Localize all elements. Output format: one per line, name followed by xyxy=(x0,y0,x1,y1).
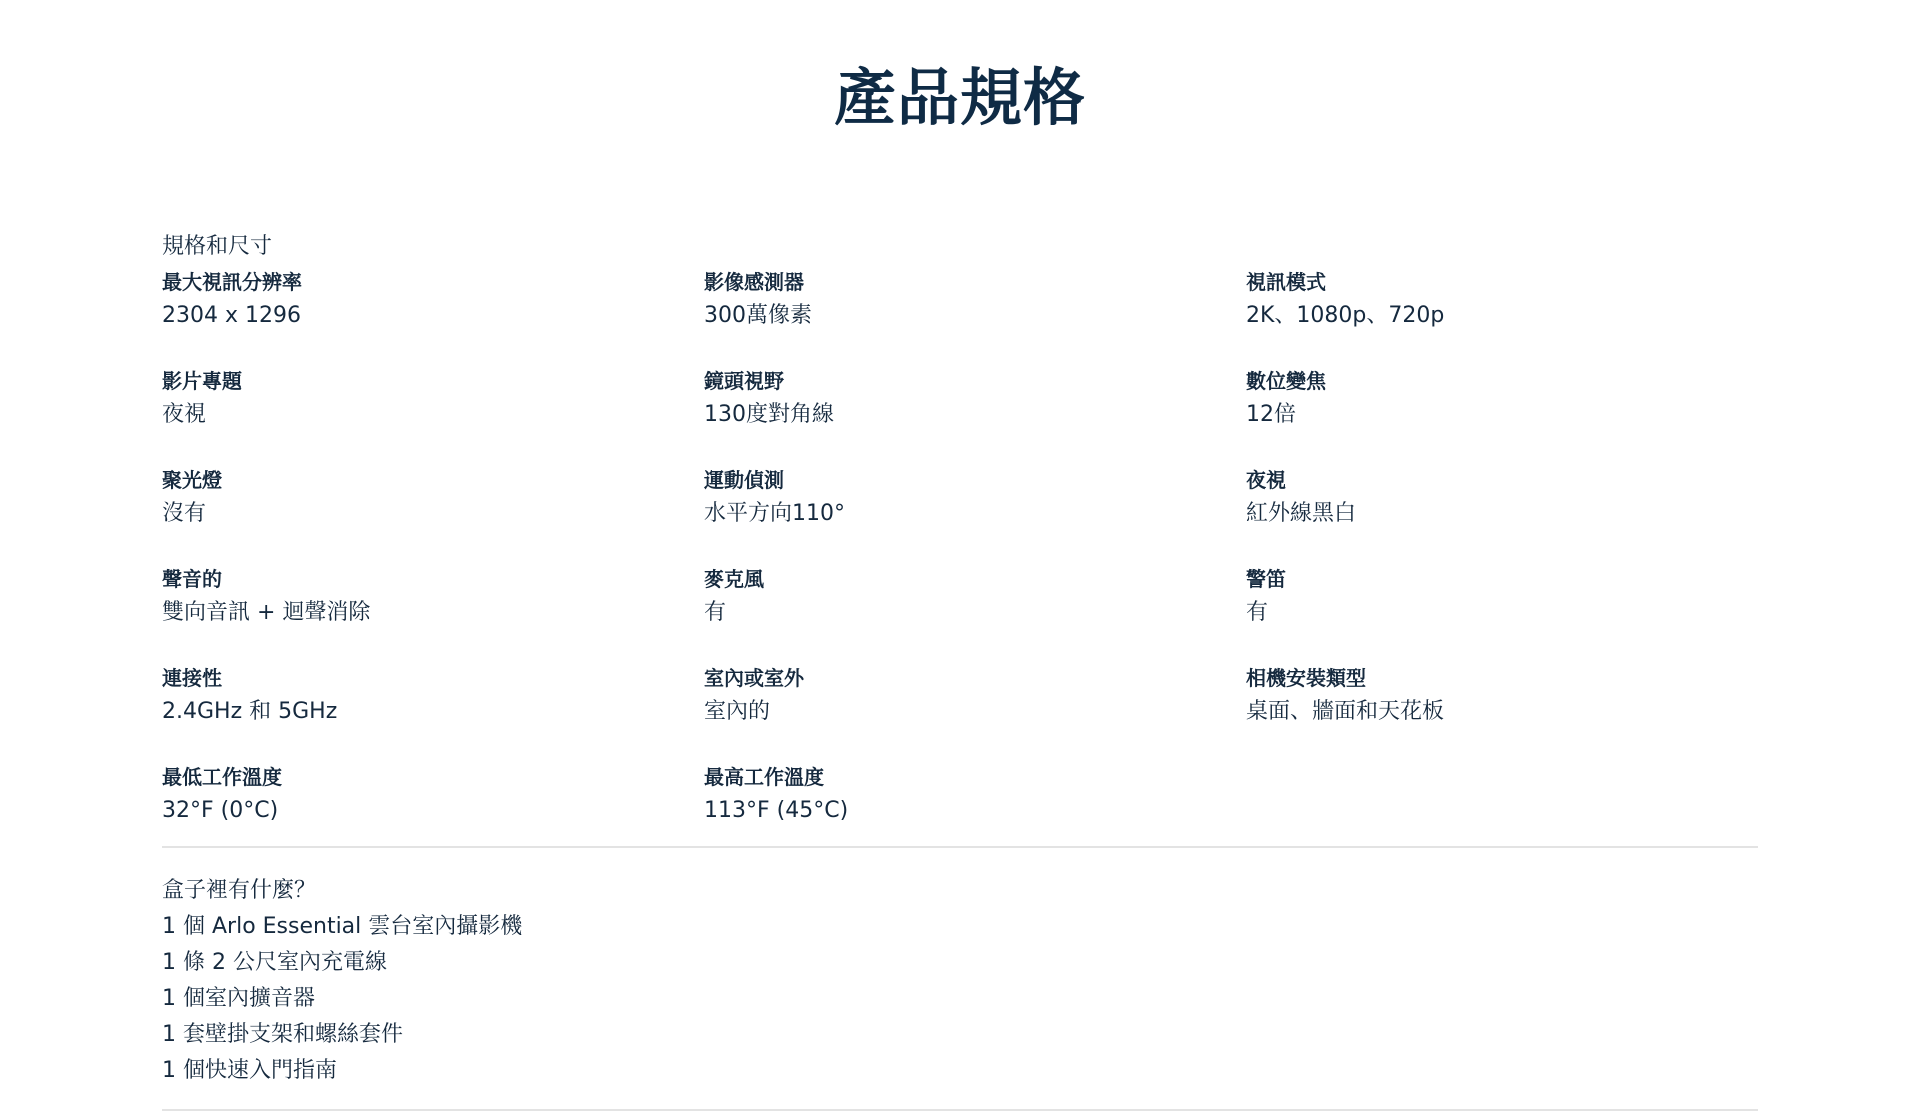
page-title: 產品規格 xyxy=(0,58,1920,138)
spec-item-mount-type: 相機安裝類型 桌面、牆面和天花板 xyxy=(1246,664,1758,763)
spec-grid: 最大視訊分辨率 2304 x 1296 影像感測器 300萬像素 視訊模式 2K… xyxy=(162,268,1758,862)
spec-label: 聚光燈 xyxy=(162,466,674,494)
spec-value: 113°F (45°C) xyxy=(704,796,1216,826)
spec-label: 最低工作溫度 xyxy=(162,763,674,791)
spec-label: 視訊模式 xyxy=(1246,268,1758,296)
spec-value: 12倍 xyxy=(1246,400,1758,430)
spec-label: 室內或室外 xyxy=(704,664,1216,692)
spec-label: 影片專題 xyxy=(162,367,674,395)
list-item: 1 套壁掛支架和螺絲套件 xyxy=(162,1017,522,1053)
spec-item-audio: 聲音的 雙向音訊 + 迴聲消除 xyxy=(162,565,674,664)
spec-value: 水平方向110° xyxy=(704,499,1216,529)
in-the-box-list: 1 個 Arlo Essential 雲台室內攝影機 1 條 2 公尺室內充電線… xyxy=(162,909,522,1089)
spec-value: 沒有 xyxy=(162,499,674,529)
spec-value: 32°F (0°C) xyxy=(162,796,674,826)
spec-label: 最高工作溫度 xyxy=(704,763,1216,791)
spec-label: 麥克風 xyxy=(704,565,1216,593)
spec-value: 2K、1080p、720p xyxy=(1246,301,1758,331)
spec-label: 影像感測器 xyxy=(704,268,1216,296)
in-the-box-heading: 盒子裡有什麼？ xyxy=(162,873,522,909)
spec-value: 有 xyxy=(704,598,1216,628)
spec-value: 300萬像素 xyxy=(704,301,1216,331)
spec-value: 2.4GHz 和 5GHz xyxy=(162,697,674,727)
spec-item-motion-detection: 運動偵測 水平方向110° xyxy=(704,466,1216,565)
spec-label: 運動偵測 xyxy=(704,466,1216,494)
in-the-box-section: 盒子裡有什麼？ 1 個 Arlo Essential 雲台室內攝影機 1 條 2… xyxy=(162,873,522,1089)
spec-item-connectivity: 連接性 2.4GHz 和 5GHz xyxy=(162,664,674,763)
spec-item-image-sensor: 影像感測器 300萬像素 xyxy=(704,268,1216,367)
spec-item-digital-zoom: 數位變焦 12倍 xyxy=(1246,367,1758,466)
spec-label: 聲音的 xyxy=(162,565,674,593)
spec-value: 130度對角線 xyxy=(704,400,1216,430)
spec-label: 夜視 xyxy=(1246,466,1758,494)
spec-item-siren: 警笛 有 xyxy=(1246,565,1758,664)
spec-value: 夜視 xyxy=(162,400,674,430)
spec-value: 桌面、牆面和天花板 xyxy=(1246,697,1758,727)
spec-item-video-features: 影片專題 夜視 xyxy=(162,367,674,466)
spec-item-field-of-view: 鏡頭視野 130度對角線 xyxy=(704,367,1216,466)
spec-item-max-resolution: 最大視訊分辨率 2304 x 1296 xyxy=(162,268,674,367)
spec-item-indoor-outdoor: 室內或室外 室內的 xyxy=(704,664,1216,763)
list-item: 1 個快速入門指南 xyxy=(162,1053,522,1089)
spec-label: 數位變焦 xyxy=(1246,367,1758,395)
spec-label: 連接性 xyxy=(162,664,674,692)
list-item: 1 個室內擴音器 xyxy=(162,981,522,1017)
spec-value: 室內的 xyxy=(704,697,1216,727)
spec-value: 2304 x 1296 xyxy=(162,301,674,331)
spec-value: 雙向音訊 + 迴聲消除 xyxy=(162,598,674,628)
section-divider xyxy=(162,846,1758,848)
spec-item-spotlight: 聚光燈 沒有 xyxy=(162,466,674,565)
spec-label: 警笛 xyxy=(1246,565,1758,593)
list-item: 1 個 Arlo Essential 雲台室內攝影機 xyxy=(162,909,522,945)
spec-label: 鏡頭視野 xyxy=(704,367,1216,395)
section-divider xyxy=(162,1109,1758,1111)
spec-item-microphone: 麥克風 有 xyxy=(704,565,1216,664)
spec-label: 相機安裝類型 xyxy=(1246,664,1758,692)
specs-section-heading: 規格和尺寸 xyxy=(162,233,272,261)
list-item: 1 條 2 公尺室內充電線 xyxy=(162,945,522,981)
spec-item-night-vision: 夜視 紅外線黑白 xyxy=(1246,466,1758,565)
spec-item-video-modes: 視訊模式 2K、1080p、720p xyxy=(1246,268,1758,367)
spec-label: 最大視訊分辨率 xyxy=(162,268,674,296)
spec-value: 有 xyxy=(1246,598,1758,628)
spec-value: 紅外線黑白 xyxy=(1246,499,1758,529)
